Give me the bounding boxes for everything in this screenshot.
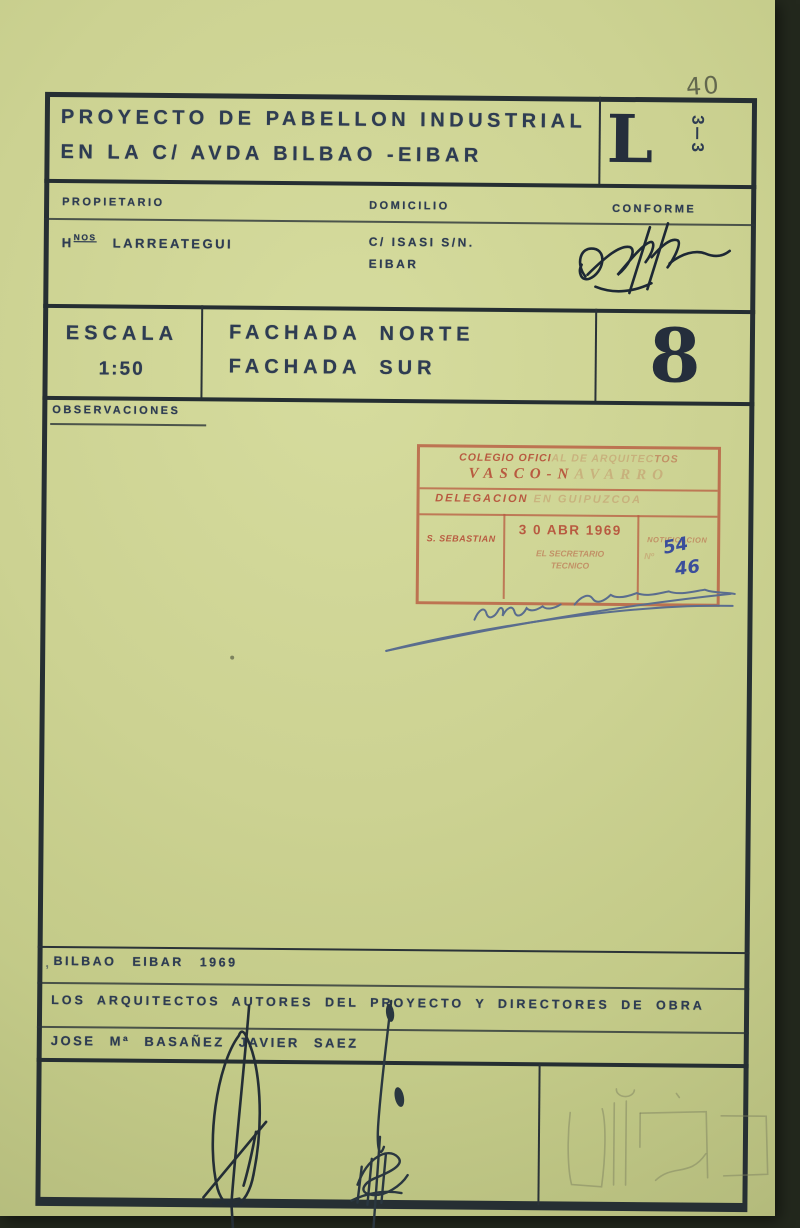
owner-name: HNOS LARREATEGUI: [62, 232, 234, 251]
stamp-region-faded: AVARRO: [574, 467, 669, 484]
series-letter: L: [606, 99, 653, 179]
sheet-fraction-numerator: 3: [687, 115, 707, 125]
sheet-number: 8: [594, 311, 755, 402]
stamp-delegation-faded: EN GUIPUZCOA: [534, 493, 642, 506]
stamp-divider: [420, 487, 718, 492]
drawing-name-line1: FACHADA NORTE: [229, 322, 475, 347]
address-line2: EIBAR: [369, 257, 419, 271]
stamp-org-faded: AL DE ARQUITEC: [551, 452, 654, 465]
project-title-line1: PROYECTO DE PABELLON INDUSTRIAL: [61, 106, 587, 134]
row-divider: [44, 179, 756, 189]
title-block-table: PROYECTO DE PABELLON INDUSTRIAL EN LA C/…: [35, 92, 757, 1212]
row-divider: [37, 982, 749, 990]
stamp-org-line: COLEGIO OFICIAL DE ARQUITECTOS: [420, 451, 718, 466]
owner-initial: H: [62, 235, 74, 250]
pencil-sketch: [555, 1084, 781, 1204]
stamp-region-strong: VASCO-N: [468, 466, 574, 483]
drawing-name-line2: FACHADA SUR: [229, 356, 437, 381]
stamp-org-end: TOS: [654, 453, 679, 465]
pencil-mark: [230, 656, 234, 660]
stamp-delegation-strong: DELEGACION: [435, 492, 528, 505]
sheet-fraction-denominator: 3: [687, 143, 707, 153]
approval-label: CONFORME: [612, 203, 696, 216]
stamp-date: 3 0 ABR 1969: [503, 522, 637, 538]
title-divider: [598, 97, 601, 185]
observations-underline: [50, 423, 206, 426]
observations-label: OBSERVACIONES: [52, 404, 180, 417]
scale-value: 1:50: [43, 358, 201, 381]
stamp-divider: [419, 513, 717, 518]
stamp-ref-number-top: 54: [661, 533, 690, 559]
owner-approval-signature: [571, 215, 740, 311]
stamp-region-line: VASCO-NAVARRO: [420, 465, 718, 485]
stamp-city: S. SEBASTIAN: [419, 533, 503, 544]
secretary-signature: [378, 581, 741, 664]
paper-sheet: 40 PROYECTO DE PABELLON INDUSTRIAL EN LA…: [0, 0, 775, 1216]
row-divider: [38, 946, 750, 954]
stamp-ref-number-bottom: 46: [674, 556, 702, 580]
owner-surname: LARREATEGUI: [113, 236, 234, 252]
address-label: DOMICILIO: [369, 200, 450, 213]
scale-label: ESCALA: [43, 322, 201, 346]
stamp-delegation-line: DELEGACION EN GUIPUZCOA: [420, 492, 658, 506]
stamp-secretary-line2: TECNICO: [503, 560, 637, 571]
address-line1: C/ ISASI S/N.: [369, 235, 475, 250]
stray-comma-mark: ,: [45, 956, 51, 970]
stamp-org-strong: COLEGIO OFICI: [459, 452, 551, 465]
fraction-bar: [696, 128, 699, 140]
owner-label: PROPIETARIO: [62, 196, 165, 209]
stamp-number-abbr: Nº: [639, 551, 659, 561]
location-date: BILBAO EIBAR 1969: [53, 954, 237, 970]
signature-box-divider: [537, 1064, 540, 1205]
owner-superscript: NOS: [74, 232, 97, 242]
project-title-line2: EN LA C/ AVDA BILBAO -EIBAR: [60, 141, 482, 168]
architect-signature-2: [327, 996, 439, 1228]
scale-cell-divider: [200, 305, 203, 399]
architect-signature-1: [185, 1003, 307, 1228]
stamp-secretary-line1: EL SECRETARIO: [503, 548, 637, 559]
sheet-fraction: 3 3: [687, 115, 707, 152]
